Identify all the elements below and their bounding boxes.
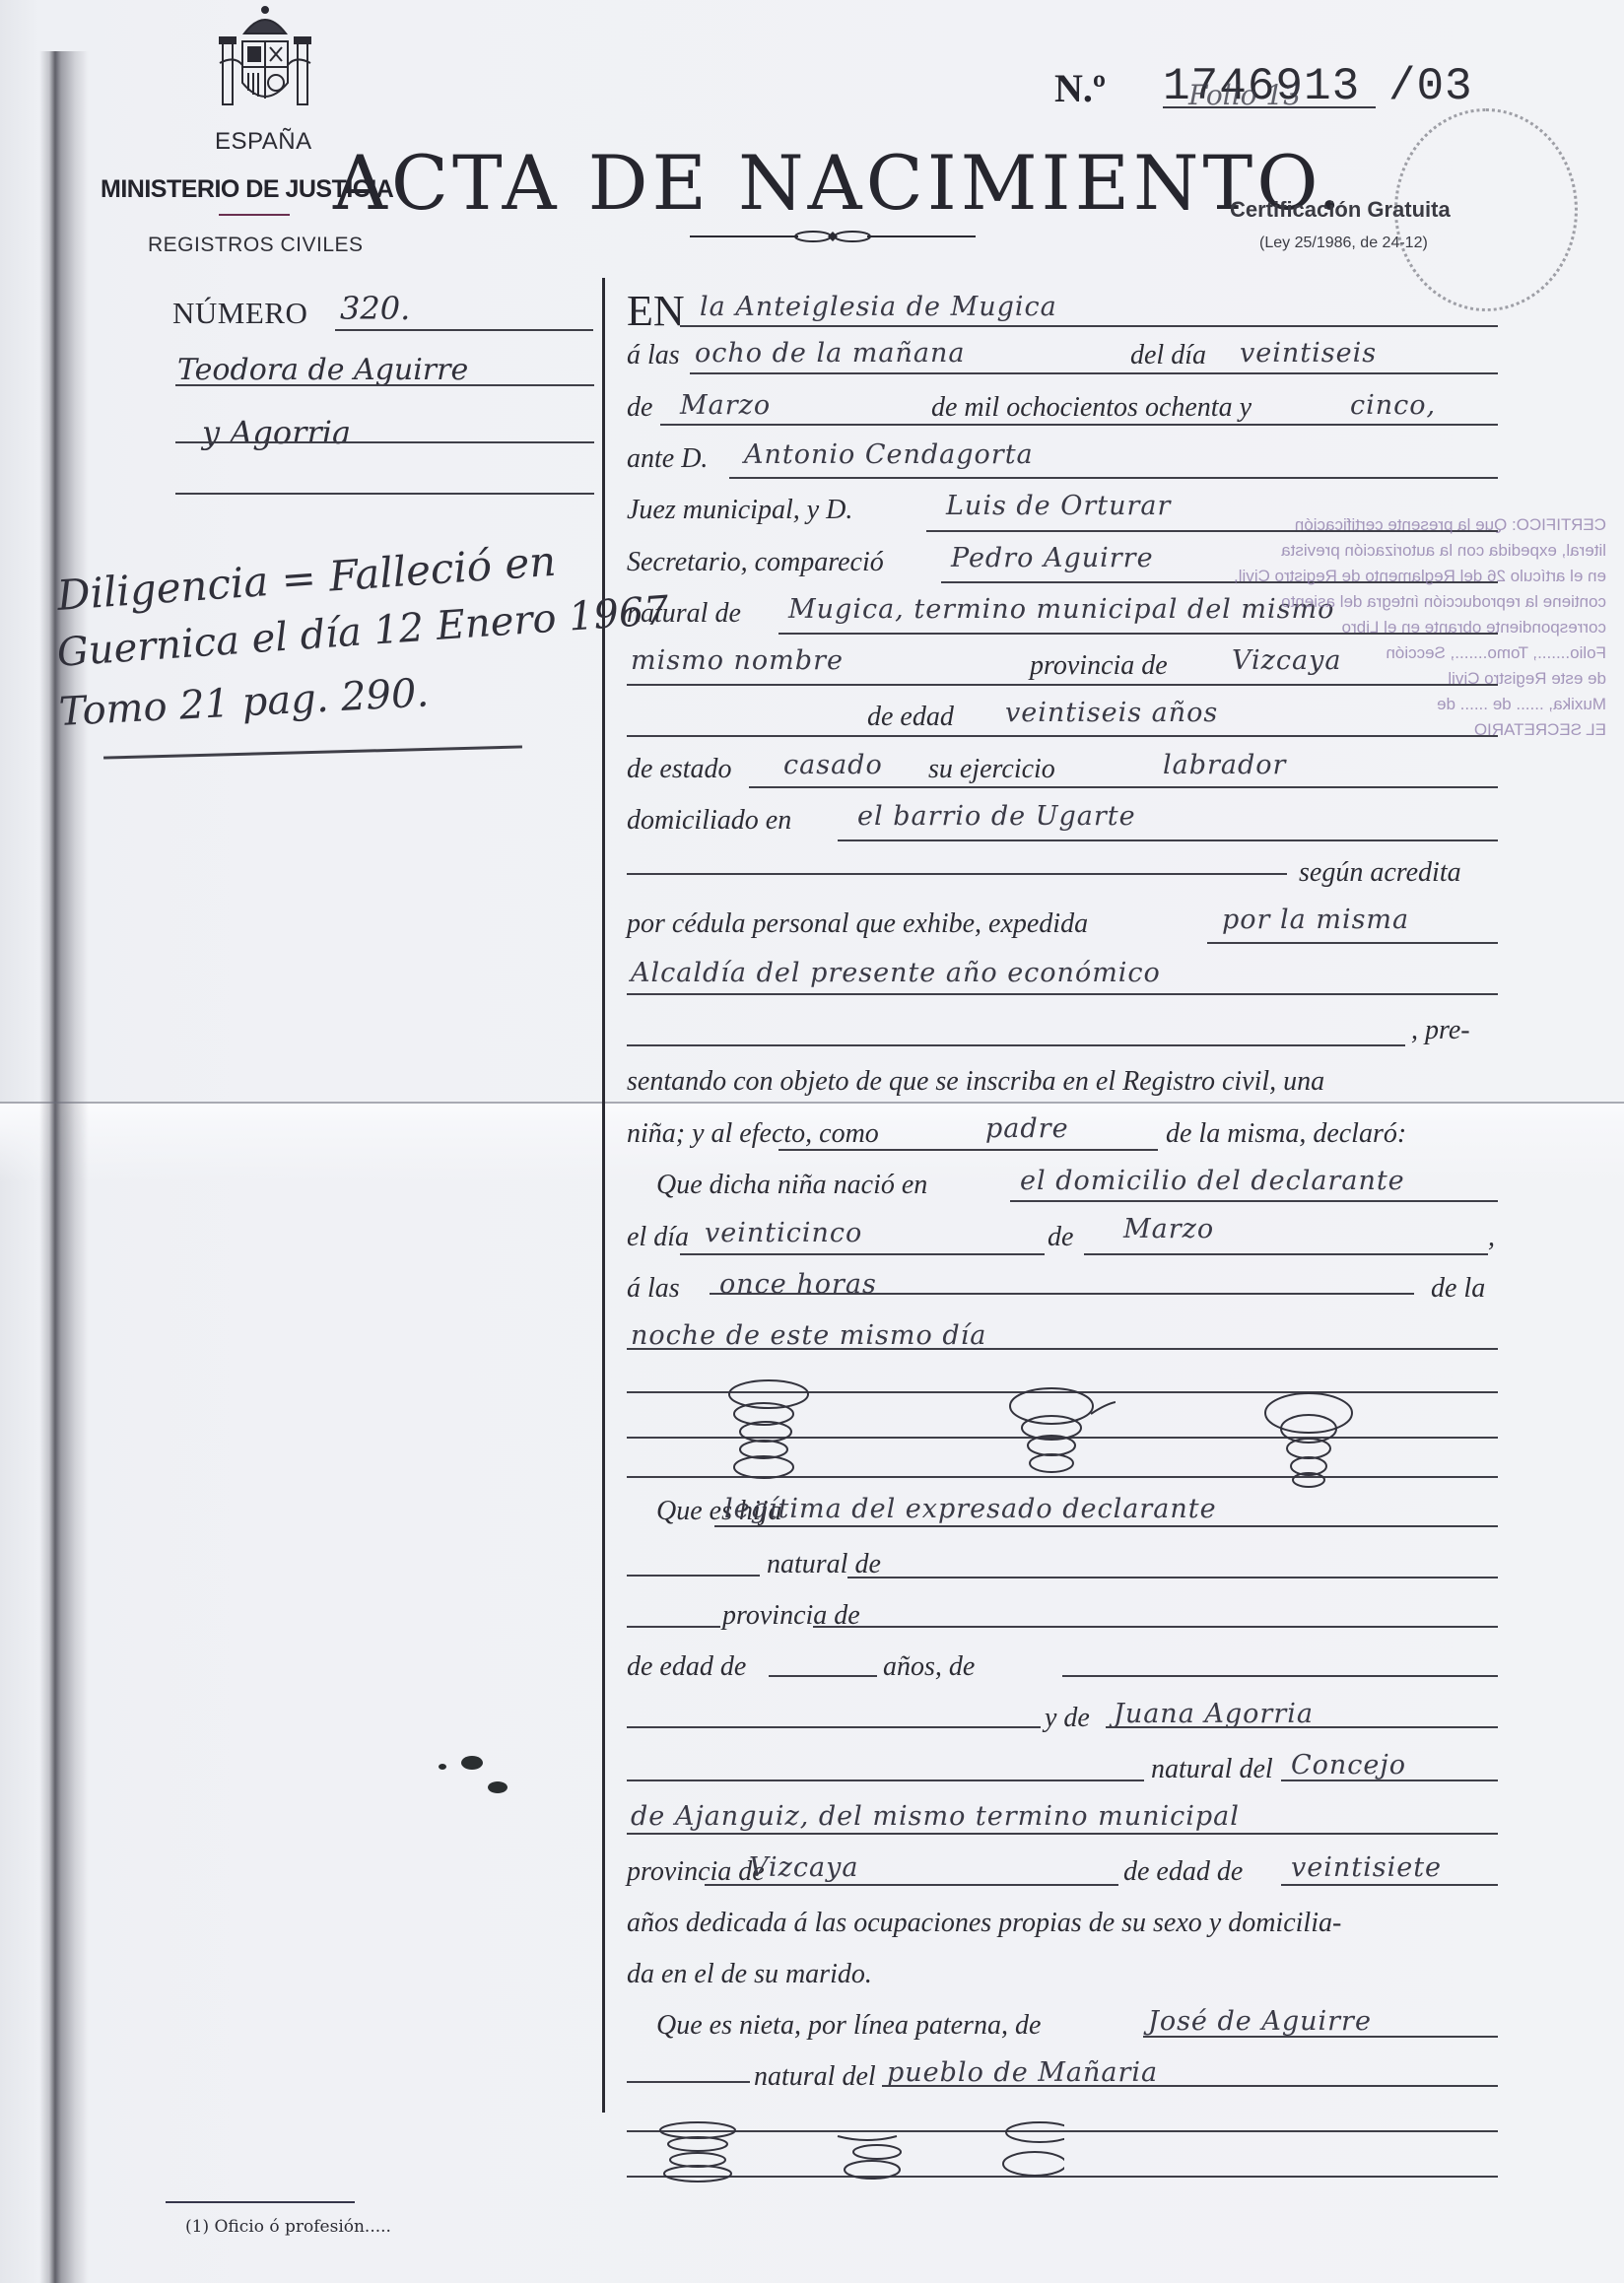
printed-text: Juez municipal, y D. (627, 495, 852, 526)
time-of-registration: ocho de la mañana (695, 338, 965, 369)
printed-text: de edad de (1123, 1856, 1243, 1888)
serial-label: N.º (1054, 65, 1106, 111)
numero-label: NÚMERO (172, 296, 307, 331)
header-country: ESPAÑA (215, 128, 312, 156)
mother-origin: Concejo (1291, 1750, 1406, 1780)
printed-text: de la misma, declaró: (1166, 1118, 1406, 1150)
line-underline (680, 325, 1498, 327)
numero-underline (335, 329, 593, 331)
column-divider (602, 278, 605, 2113)
flourish-spiral-icon (1007, 1384, 1116, 1483)
ink-blot (461, 1756, 483, 1770)
printed-text: según acredita (1299, 857, 1461, 889)
line-underline (1062, 1675, 1498, 1677)
line-underline (705, 1884, 1118, 1886)
declarant-relation: padre (985, 1113, 1069, 1144)
cedula-issuer: por la misma (1222, 905, 1409, 935)
line-underline (627, 2081, 750, 2083)
folio-handwritten: Folio 13 (1188, 79, 1301, 111)
printed-text: niña; y al efecto, como (627, 1118, 879, 1150)
title-ornament-icon (690, 229, 976, 244)
printed-text: ante D. (627, 443, 708, 475)
line-underline (627, 1626, 720, 1628)
flourish-spiral-icon (724, 1375, 813, 1483)
printed-text: á las (627, 1273, 680, 1305)
mother-name: Juana Agorria (1114, 1699, 1314, 1729)
printed-text: de edad de (627, 1651, 746, 1683)
registrant-name-line2: y Agorria (202, 414, 351, 451)
printed-text: el día (627, 1222, 689, 1253)
printed-text: y de (1045, 1703, 1090, 1734)
printed-text: natural del (1151, 1754, 1273, 1785)
secretary-name: Luis de Orturar (946, 491, 1171, 521)
judge-name: Antonio Cendagorta (744, 439, 1034, 470)
header-divider (219, 214, 290, 216)
line-underline (627, 993, 1498, 995)
line-underline (1281, 1884, 1498, 1886)
line-underline (1106, 1726, 1498, 1728)
line-underline (1207, 942, 1498, 944)
printed-text: , (1488, 1222, 1495, 1253)
fold-crease (0, 1102, 1624, 1104)
numero-value: 320. (340, 290, 410, 327)
birth-month: Marzo (1123, 1214, 1214, 1244)
footnote: (1) Oficio ó profesión..... (185, 2217, 391, 2237)
name-underline-3 (175, 493, 594, 495)
line-underline (627, 1726, 1041, 1728)
line-underline (690, 372, 1498, 374)
printed-text: Que es nieta, por línea paterna, de (656, 2010, 1041, 2042)
header-registry: REGISTROS CIVILES (148, 234, 364, 257)
line-underline (627, 1575, 760, 1577)
name-underline-1 (175, 384, 594, 386)
footnote-divider (166, 2201, 355, 2203)
declarant-origin-cont: mismo nombre (631, 645, 844, 676)
line-underline (714, 1525, 1498, 1527)
printed-text: , pre- (1411, 1015, 1470, 1046)
printed-text: de (627, 392, 652, 424)
certification-stamp: CERTIFICO: Que la presente certificación… (1311, 512, 1606, 759)
occupation: labrador (1163, 750, 1286, 780)
line-underline (710, 1293, 1414, 1295)
paternal-grandfather: José de Aguirre (1148, 2006, 1372, 2037)
printed-text: de la (1431, 1273, 1485, 1305)
registrant-name-line1: Teodora de Aguirre (177, 353, 468, 387)
line-underline (627, 1779, 1144, 1781)
printed-text: á las (627, 340, 680, 371)
printed-text: de mil ochocientos ochenta y (931, 392, 1252, 424)
line-underline (749, 786, 1498, 788)
printed-text: de (1048, 1222, 1073, 1253)
declarant-origin: Mugica, termino municipal del mismo (788, 594, 1334, 625)
line-underline (627, 1833, 1498, 1835)
line-underline (769, 1675, 877, 1677)
printed-text: natural de (627, 598, 741, 630)
line-underline (1281, 1779, 1498, 1781)
ink-blot (488, 1781, 507, 1793)
flourish-spiral-icon (1261, 1389, 1360, 1488)
declarant-name: Pedro Aguirre (951, 543, 1154, 573)
line-underline (680, 1253, 1045, 1255)
day-of-registration: veintiseis (1240, 338, 1377, 369)
name-underline-2 (175, 441, 594, 443)
printed-text: domiciliado en (627, 805, 791, 837)
document-title: ACTA DE NACIMIENTO. (333, 146, 1345, 221)
line-underline (813, 1626, 1498, 1628)
birth-hour: once horas (719, 1269, 877, 1300)
line-underline (847, 1577, 1498, 1578)
printed-text: de edad (867, 702, 954, 733)
line-underline (627, 1348, 1498, 1350)
printed-text: años, de (883, 1651, 975, 1683)
printed-text: su ejercicio (928, 754, 1055, 785)
flourish-spiral-icon (650, 2118, 1064, 2182)
printed-text: años dedicada á las ocupaciones propias … (627, 1908, 1341, 1939)
mother-age: veintisiete (1291, 1852, 1442, 1883)
legitimacy: legítima del expresado declarante (724, 1494, 1217, 1524)
printed-text: da en el de su marido. (627, 1959, 872, 1990)
line-underline (660, 424, 1498, 426)
line-underline (838, 839, 1498, 841)
printed-text: Que dicha niña nació en (656, 1170, 927, 1201)
coat-of-arms-icon (215, 4, 315, 114)
line-underline (882, 2085, 1498, 2087)
round-seal-stamp (1394, 108, 1578, 311)
birth-time-detail: noche de este mismo día (631, 1320, 986, 1351)
cedula-issuer-cont: Alcaldía del presente año económico (631, 958, 1161, 988)
mother-origin-cont: de Ajanguiz, del mismo termino municipal (631, 1801, 1240, 1832)
printed-text: sentando con objeto de que se inscriba e… (627, 1066, 1324, 1098)
line-underline (627, 873, 1287, 875)
birth-day: veinticinco (705, 1218, 862, 1248)
line-underline (1143, 2036, 1498, 2038)
printed-text: provincia de (1030, 650, 1168, 682)
line-underline (1084, 1253, 1488, 1255)
domicile: el barrio de Ugarte (857, 801, 1136, 832)
printed-text: del día (1130, 340, 1206, 371)
binder-shadow (39, 51, 89, 2283)
marital-status: casado (783, 750, 883, 780)
grandfather-origin: pueblo de Mañaria (887, 2057, 1158, 2088)
printed-text: Secretario, compareció (627, 547, 884, 578)
line-underline (627, 1044, 1405, 1046)
line-underline (729, 477, 1498, 479)
record-opening-letter: EN (627, 286, 685, 336)
birthplace: el domicilio del declarante (1020, 1166, 1405, 1196)
line-underline (1010, 1200, 1498, 1202)
printed-text: por cédula personal que exhibe, expedida (627, 908, 1088, 940)
mother-province: Vizcaya (749, 1852, 858, 1883)
place-of-registration: la Anteiglesia de Mugica (700, 292, 1057, 322)
year-of-registration: cinco, (1350, 390, 1436, 421)
declarant-age: veintiseis años (1005, 698, 1218, 728)
printed-text: natural del (754, 2061, 876, 2093)
ink-blot (439, 1764, 446, 1770)
line-underline (778, 1149, 1158, 1151)
month-of-registration: Marzo (680, 390, 771, 421)
printed-text: de estado (627, 754, 732, 785)
